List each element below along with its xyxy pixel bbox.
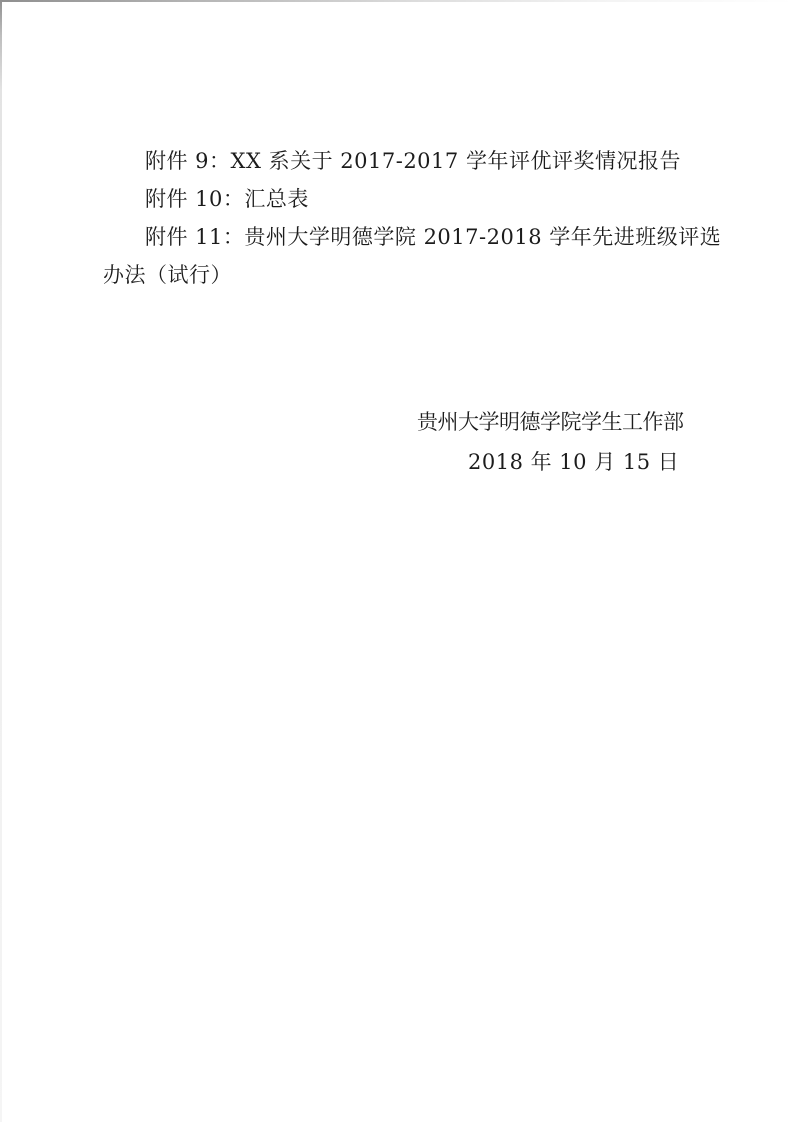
signature-date: 2018 年 10 月 15 日: [468, 443, 679, 481]
attachment-line-11-continuation: 办法（试行）: [103, 256, 703, 294]
attachment-line-10: 附件 10：汇总表: [103, 180, 703, 218]
signature-organization: 贵州大学明德学院学生工作部: [417, 403, 684, 441]
attachment-line-11: 附件 11：贵州大学明德学院 2017-2018 学年先进班级评选: [103, 218, 703, 256]
document-page: 附件 9：XX 系关于 2017-2017 学年评优评奖情况报告 附件 10：汇…: [0, 0, 793, 1122]
page-edge-line-top: [0, 0, 793, 2]
page-edge-line-left: [0, 0, 2, 1122]
attachment-line-9: 附件 9：XX 系关于 2017-2017 学年评优评奖情况报告: [103, 142, 703, 180]
attachment-list: 附件 9：XX 系关于 2017-2017 学年评优评奖情况报告 附件 10：汇…: [103, 142, 703, 294]
